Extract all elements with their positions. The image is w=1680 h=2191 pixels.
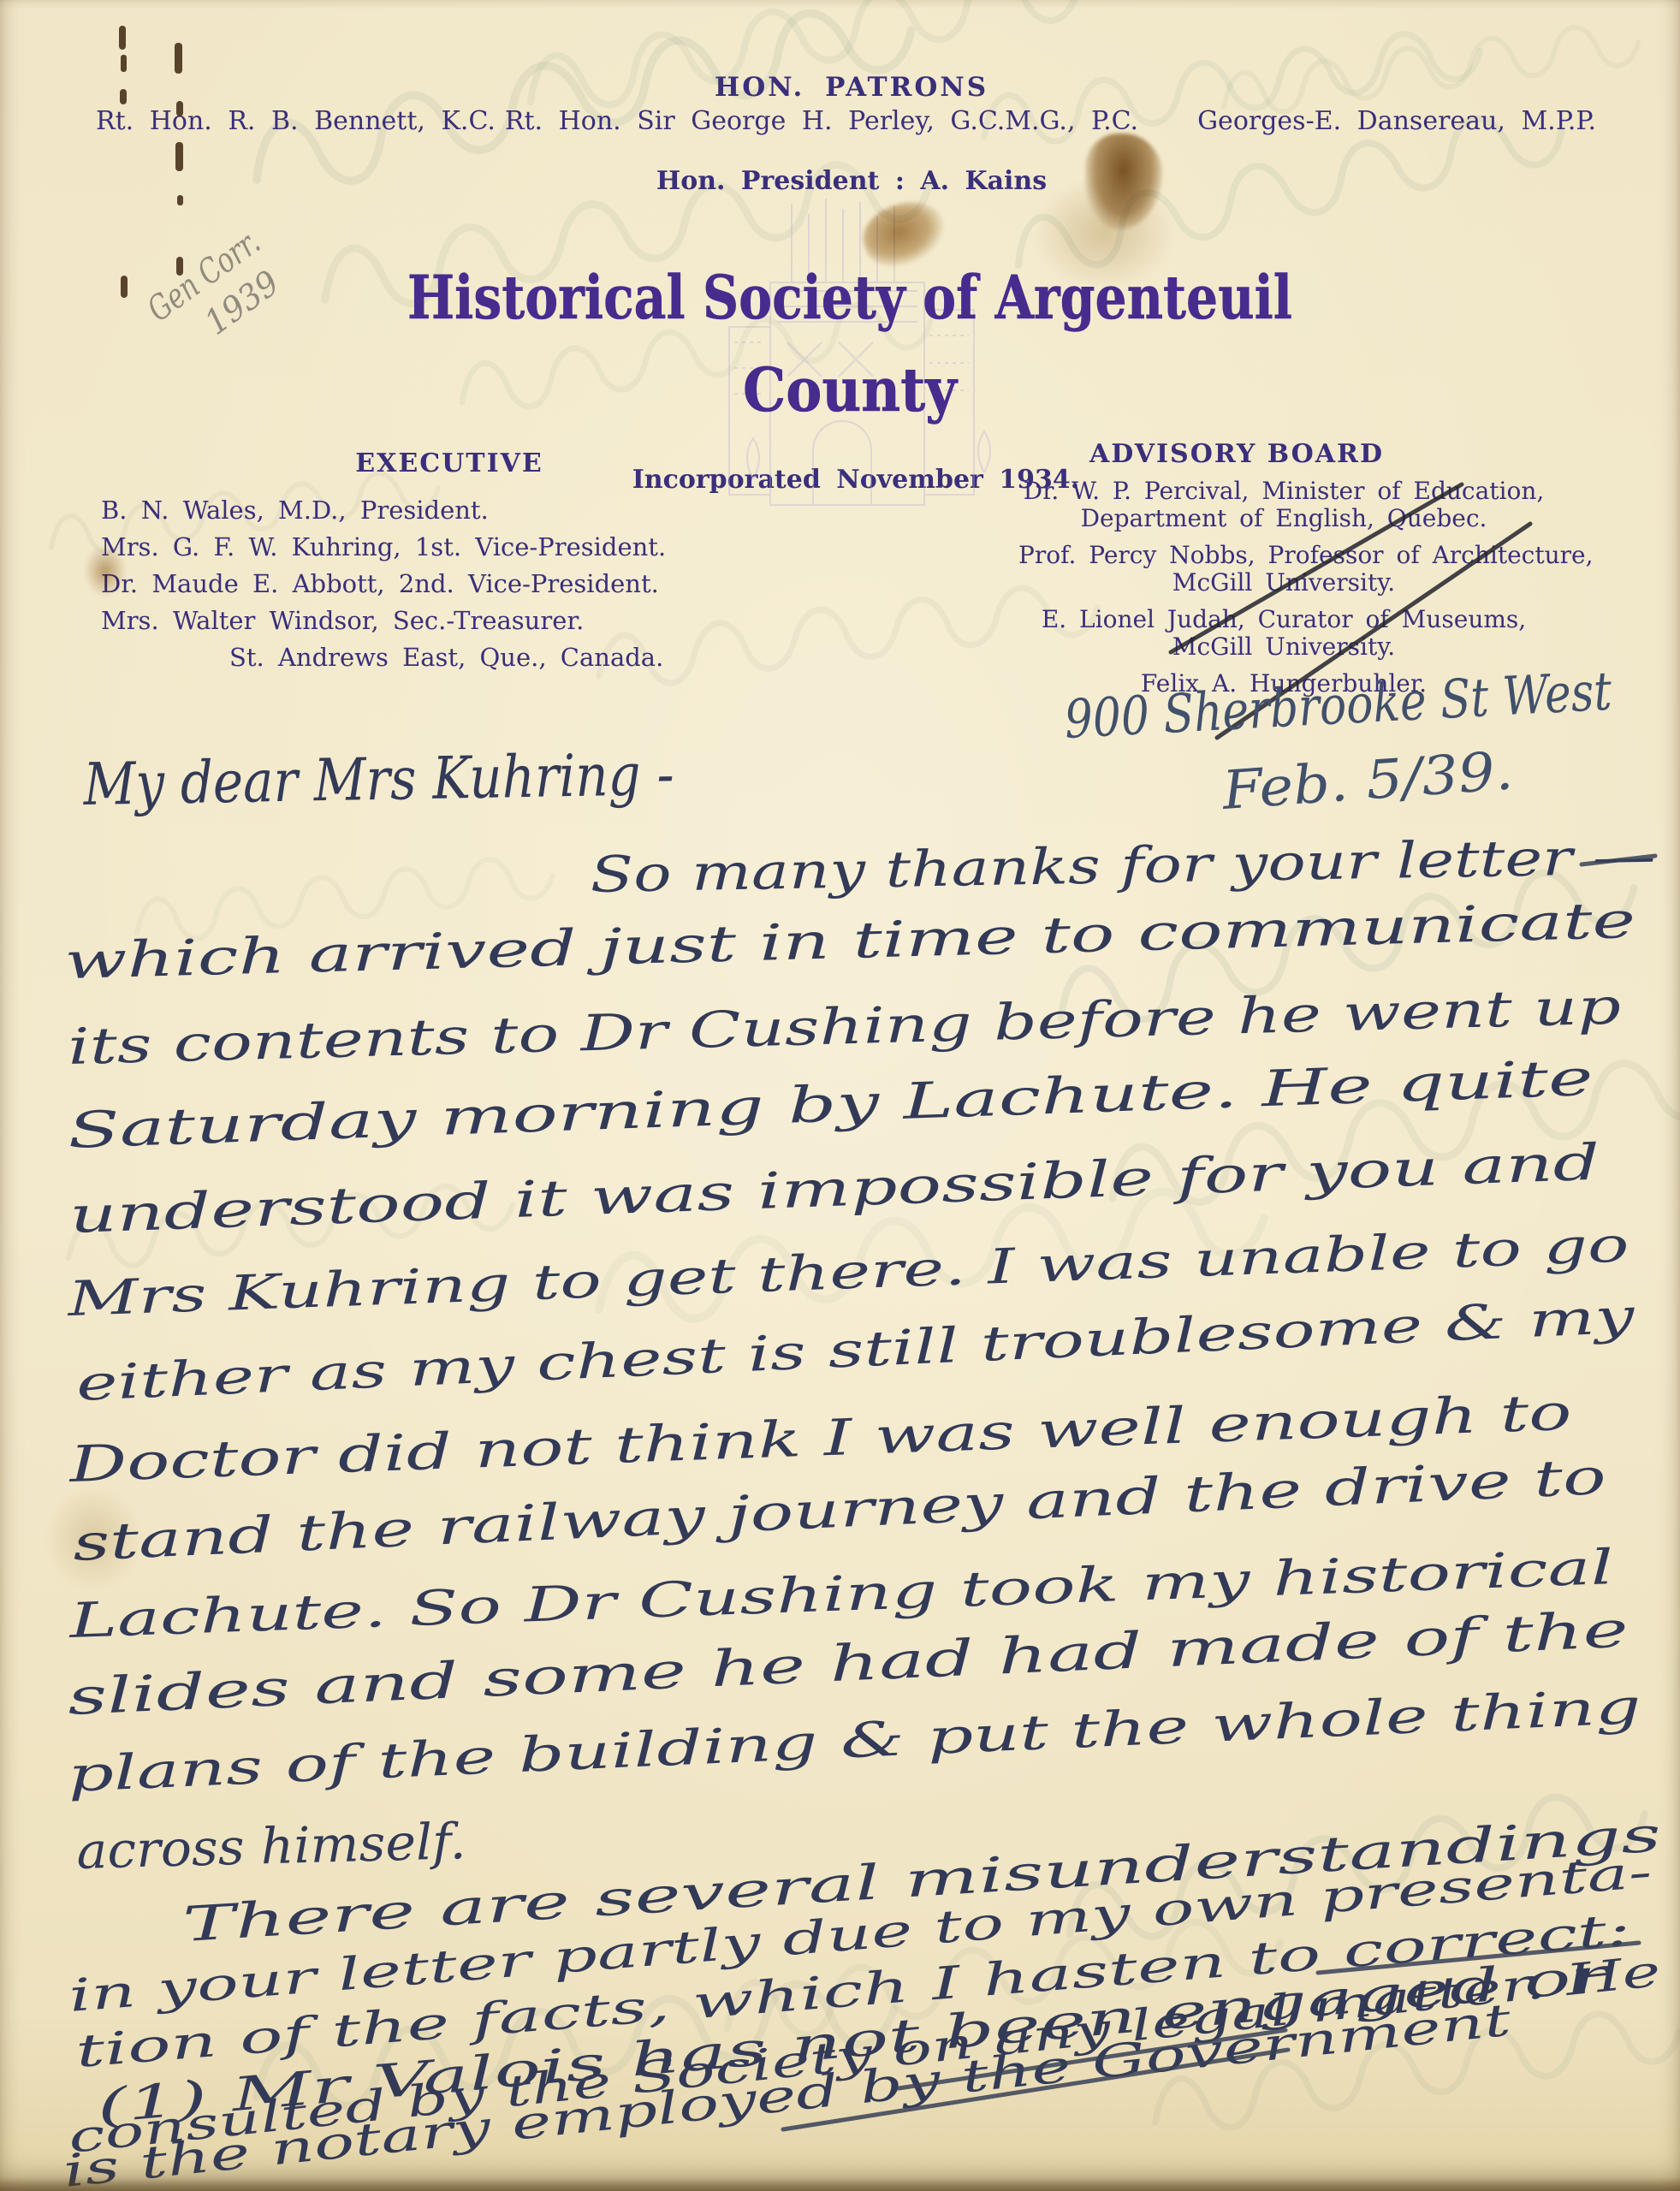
pencil-note-line1: Gen Corr. [140,223,267,330]
letter-line-4: Saturday morning by Lachute. He quite [67,1048,1594,1160]
president-line: Hon. President : A. Kains [656,166,1047,196]
salutation: My dear Mrs Kuhring - [81,741,674,819]
letter-line-14: There are several misunderstandings [181,1807,1663,1952]
letter-line-2: which arrived just in time to communicat… [64,891,1636,990]
letter-line-16: tion of the facts, which I hasten to cor… [74,1904,1632,2078]
advisory-member-nobbs: Prof. Percy Nobbs, Professor of Architec… [1018,542,1549,597]
incorporated-line: Incorporated November 1934. [632,465,1079,495]
paper-stain [45,1485,143,1592]
executive-heading: EXECUTIVE [338,448,561,478]
advisory-member-hungerbuhler: Felix A. Hungerbuhler. [1018,670,1549,698]
page-bottom-edge [0,2177,1680,2191]
page-edge-shading [0,0,1680,2191]
ink-layer: Historical Society of Argenteuil County … [0,0,1680,2191]
advisory-member-line: Dr. W. P. Percival, Minister of Educatio… [1018,478,1549,505]
advisory-heading: ADVISORY BOARD [971,439,1502,469]
paper-stain [1085,134,1162,229]
patron-bennett: Rt. Hon. R. B. Bennett, K.C. [96,106,496,136]
letter-line-9: stand the railway journey and the drive … [72,1447,1607,1572]
executive-member-windsor: Mrs. Walter Windsor, Sec.-Treasurer. [101,603,649,639]
advisory-member-judah: E. Lionel Judah, Curator of Museums, McG… [1018,606,1549,661]
advisory-member-line: Department of English, Quebec. [1018,505,1549,532]
advisory-member-percival: Dr. W. P. Percival, Minister of Educatio… [1018,478,1549,532]
letter-line-13: across himself. [76,1812,467,1880]
pencil-note: Gen Corr. 1939 [140,223,294,365]
paper-stain-halo [1031,175,1177,291]
letter-line-7: either as my chest is still troublesome … [75,1288,1637,1411]
advisory-member-line: McGill University. [1018,569,1549,597]
pencil-note-line2: 1939 [198,264,287,343]
patron-perley: Rt. Hon. Sir George H. Perley, G.C.M.G.,… [505,106,1138,136]
society-title-line2: County [743,354,959,425]
advisory-section: ADVISORY BOARD Dr. W. P. Percival, Minis… [1018,439,1549,707]
executive-member-kuhring: Mrs. G. F. W. Kuhring, 1st. Vice-Preside… [101,529,649,566]
patrons-heading: HON. PATRONS [715,72,988,103]
ink-marks [119,26,183,298]
pen-flourish-lines [783,856,1655,2129]
advisory-member-line: McGill University. [1018,633,1549,661]
letter-line-5: understood it was impossible for you and [68,1133,1600,1244]
executive-section: EXECUTIVE B. N. Wales, M.D., President. … [101,448,649,676]
letter-line-17: (1) Mr Valois has not been engaged or [95,1947,1615,2134]
advisory-member-line: Felix A. Hungerbuhler. [1018,670,1549,698]
society-title-line1: Historical Society of Argenteuil [407,262,1292,333]
executive-member-wales: B. N. Wales, M.D., President. [101,492,649,529]
letter-line-11: slides and some he had had made of the [67,1600,1630,1726]
ghost-writing-show-through [0,0,1680,2191]
letter-line-6: Mrs Kuhring to get there. I was unable t… [66,1217,1630,1327]
letter-line-3: its contents to Dr Cushing before he wen… [68,977,1622,1076]
executive-address: St. Andrews East, Que., Canada. [101,639,649,676]
advisory-member-line: E. Lionel Judah, Curator of Museums, [1018,606,1549,633]
patron-dansereau: Georges-E. Dansereau, M.P.P. [1197,106,1596,136]
paper-stain [856,193,953,275]
date-line: Feb. 5/39. [1220,739,1515,822]
letter-line-1: So many thanks for your letter — [590,827,1656,904]
letter-line-15: in your letter partly due to my own pres… [67,1847,1653,2022]
letter-line-18: consulted by the Society on any legal ma… [66,1946,1663,2163]
building-watermark [729,199,990,505]
advisory-member-line: Prof. Percy Nobbs, Professor of Architec… [1018,542,1549,569]
letter-line-12: plans of the building & put the whole th… [67,1679,1642,1803]
letter-line-8: Doctor did not think I was well enough t… [68,1383,1573,1493]
letter-line-19: is the notary employed by the Government [61,1995,1513,2191]
letter-line-10: Lachute. So Dr Cushing took my historica… [68,1540,1615,1649]
letter-page: HON. PATRONS Rt. Hon. R. B. Bennett, K.C… [0,0,1680,2191]
executive-member-abbott: Dr. Maude E. Abbott, 2nd. Vice-President… [101,566,649,603]
